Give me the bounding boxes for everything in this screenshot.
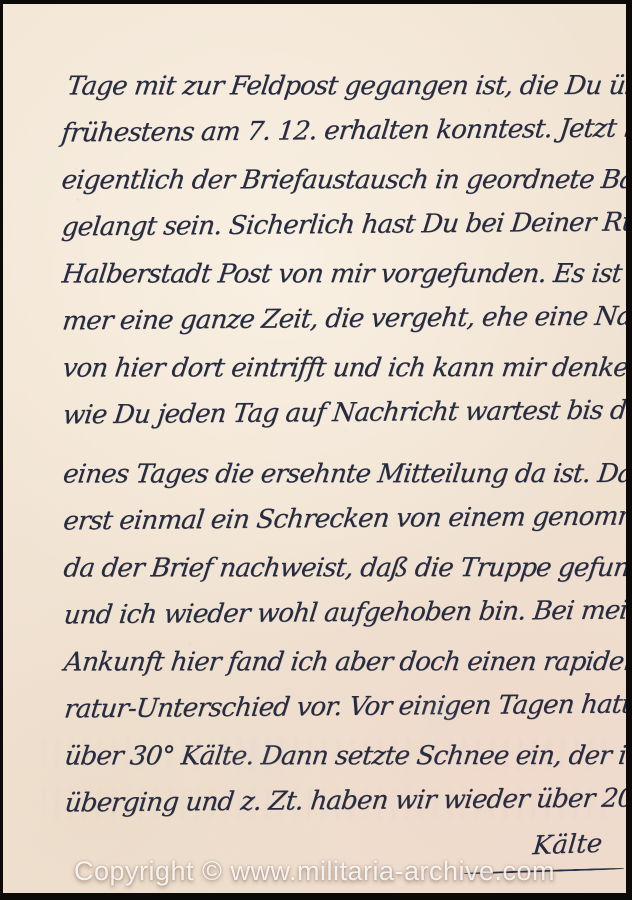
handwritten-line: eigentlich der Briefaustausch in geordne… bbox=[59, 157, 623, 205]
handwritten-line: über 30° Kälte. Dann setzte Schnee ein, … bbox=[62, 733, 626, 781]
handwritten-line: erst einmal ein Schrecken von einem geno… bbox=[61, 494, 626, 546]
handwritten-line: überging und z. Zt. haben wir wieder übe… bbox=[62, 776, 626, 828]
handwritten-line: Halberstadt Post von mir vorgefunden. Es… bbox=[59, 251, 623, 299]
handwritten-line: Ankunft hier fand ich aber doch einen ra… bbox=[61, 639, 625, 687]
handwritten-line: von hier dort eintrifft und ich kann mir… bbox=[60, 345, 624, 393]
letter-scan-frame: Tage mit zur Feldpost gegangen ist, die … bbox=[0, 0, 632, 900]
handwritten-line: und ich wieder wohl aufgehoben bin. Bei … bbox=[61, 588, 626, 640]
handwritten-line: frühestens am 7. 12. erhalten konntest. … bbox=[59, 106, 624, 158]
copyright-watermark: Copyright © www.militaria-archive.com bbox=[74, 856, 555, 887]
handwritten-line: ratur-Unterschied vor. Vor einigen Tagen… bbox=[62, 682, 626, 734]
letter-body: Tage mit zur Feldpost gegangen ist, die … bbox=[61, 61, 624, 828]
handwritten-line: wie Du jeden Tag auf Nachricht wartest b… bbox=[60, 388, 625, 440]
handwritten-line: eines Tages die ersehnte Mitteilung da i… bbox=[60, 451, 624, 499]
letter-paper: Tage mit zur Feldpost gegangen ist, die … bbox=[3, 4, 626, 893]
handwritten-line: mer eine ganze Zeit, die vergeht, ehe ei… bbox=[60, 294, 625, 346]
handwritten-line: da der Brief nachweist, daß die Truppe g… bbox=[61, 545, 625, 593]
handwritten-line: Tage mit zur Feldpost gegangen ist, die … bbox=[58, 63, 622, 111]
handwritten-line: gelangt sein. Sicherlich hast Du bei Dei… bbox=[59, 200, 624, 252]
